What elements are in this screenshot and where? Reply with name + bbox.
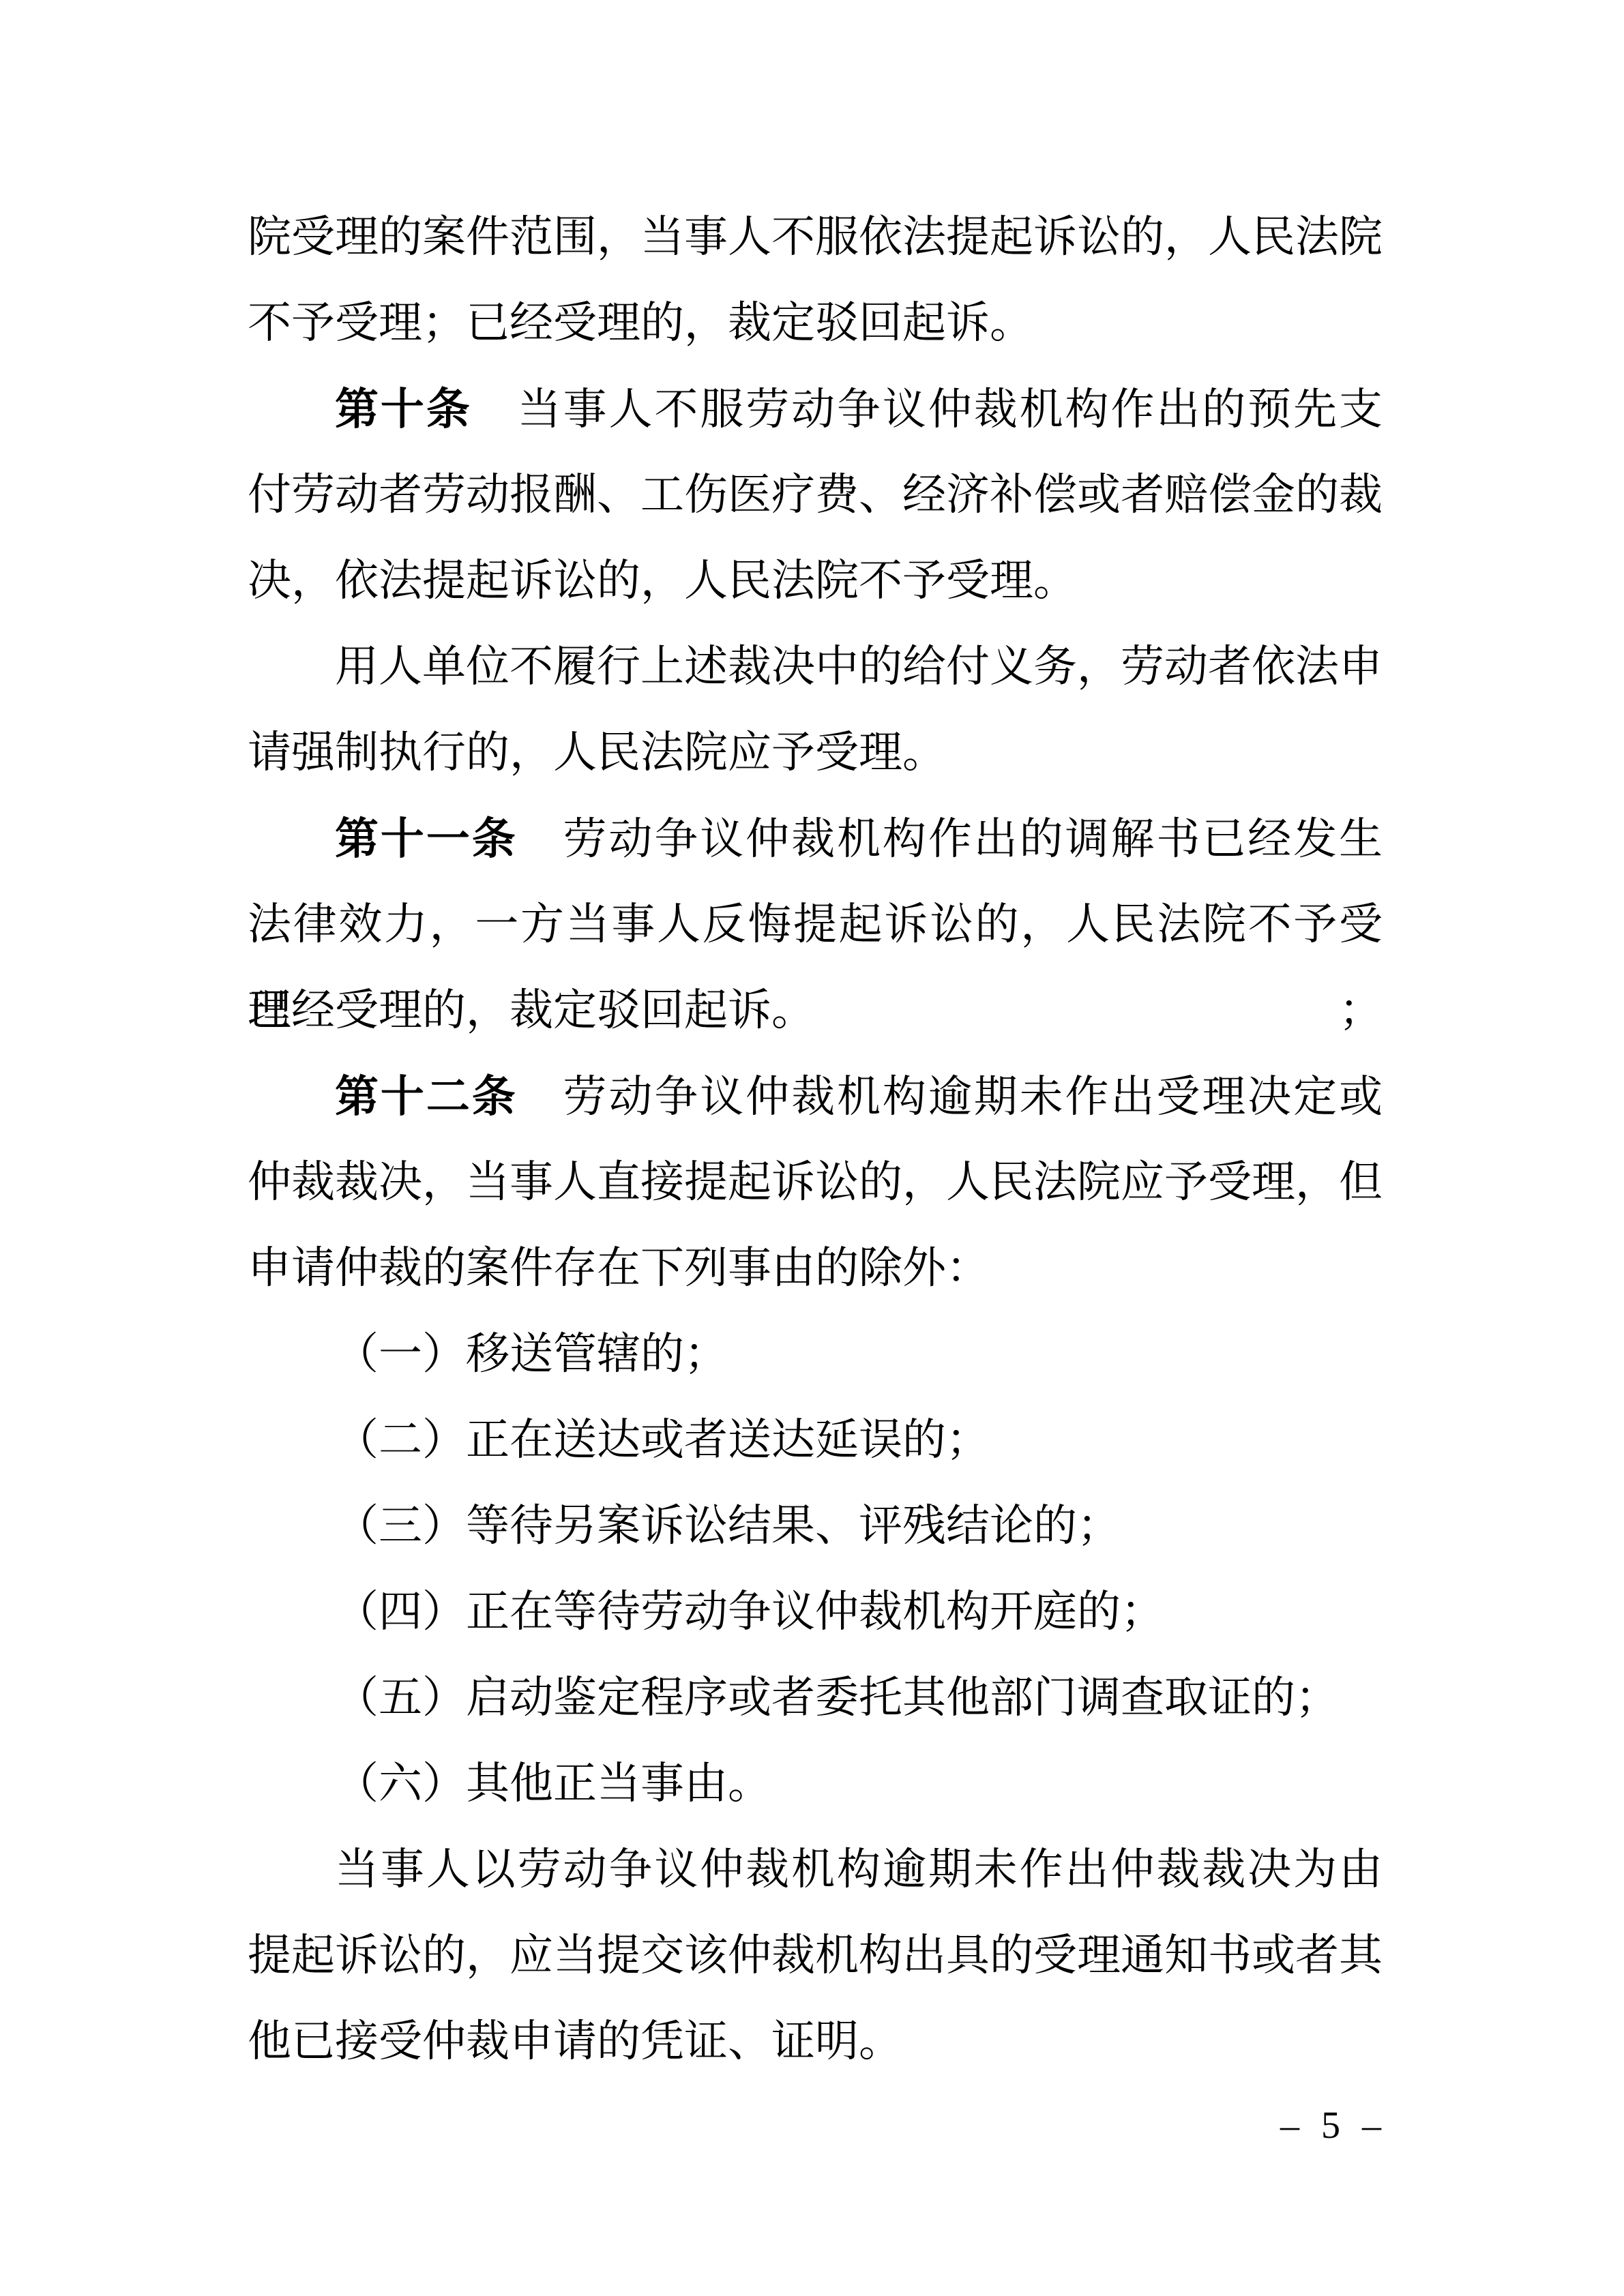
article-number: 第十一条 — [335, 814, 518, 863]
text-line: 申请仲裁的案件存在下列事由的除外： — [248, 1225, 1383, 1311]
text-segment: 已经受理的，裁定驳回起诉。 — [248, 986, 815, 1034]
text-line: （一）移送管辖的； — [248, 1311, 1383, 1397]
text-block: 院受理的案件范围，当事人不服依法提起诉讼的，人民法院不予受理；已经受理的，裁定驳… — [248, 194, 1383, 2085]
text-line: （二）正在送达或者送达延误的； — [248, 1397, 1383, 1483]
document-page: 院受理的案件范围，当事人不服依法提起诉讼的，人民法院不予受理；已经受理的，裁定驳… — [0, 0, 1624, 2296]
text-line: （三）等待另案诉讼结果、评残结论的； — [248, 1483, 1383, 1569]
text-line: 提起诉讼的，应当提交该仲裁机构出具的受理通知书或者其 — [248, 1913, 1383, 1999]
article-number: 第十条 — [335, 385, 472, 434]
text-segment: （五）启动鉴定程序或者委托其他部门调查取证的； — [335, 1673, 1339, 1722]
text-line: 第十条 当事人不服劳动争议仲裁机构作出的预先支 — [248, 366, 1383, 452]
page-number: – 5 – — [1280, 2102, 1383, 2149]
text-segment: 用人单位不履行上述裁决中的给付义务，劳动者依法申 — [335, 642, 1383, 691]
text-segment: 他已接受仲裁申请的凭证、证明。 — [248, 2017, 902, 2066]
text-line: 当事人以劳动争议仲裁机构逾期未作出仲裁裁决为由 — [248, 1827, 1383, 1913]
text-line: 院受理的案件范围，当事人不服依法提起诉讼的，人民法院 — [248, 194, 1383, 280]
text-line: 请强制执行的，人民法院应予受理。 — [248, 710, 1383, 796]
text-segment: 劳动争议仲裁机构作出的调解书已经发生 — [518, 815, 1383, 863]
text-line: （六）其他正当事由。 — [248, 1741, 1383, 1827]
text-segment: 请强制执行的，人民法院应予受理。 — [248, 728, 946, 777]
text-segment: （二）正在送达或者送达延误的； — [335, 1416, 990, 1464]
text-line: 法律效力，一方当事人反悔提起诉讼的，人民法院不予受理； — [248, 882, 1383, 968]
text-segment: （一）移送管辖的； — [335, 1330, 728, 1378]
text-line: 不予受理；已经受理的，裁定驳回起诉。 — [248, 280, 1383, 366]
text-segment: 院受理的案件范围，当事人不服依法提起诉讼的，人民法院 — [248, 213, 1383, 261]
text-line: （四）正在等待劳动争议仲裁机构开庭的； — [248, 1569, 1383, 1655]
text-segment: 当事人以劳动争议仲裁机构逾期未作出仲裁裁决为由 — [335, 1845, 1383, 1894]
text-segment: （三）等待另案诉讼结果、评残结论的； — [335, 1502, 1121, 1550]
text-segment: 当事人不服劳动争议仲裁机构作出的预先支 — [472, 385, 1383, 434]
text-segment: （四）正在等待劳动争议仲裁机构开庭的； — [335, 1587, 1164, 1636]
text-line: 用人单位不履行上述裁决中的给付义务，劳动者依法申 — [248, 624, 1383, 710]
text-line: 仲裁裁决，当事人直接提起诉讼的，人民法院应予受理，但 — [248, 1139, 1383, 1225]
text-segment: 不予受理；已经受理的，裁定驳回起诉。 — [248, 299, 1033, 347]
text-segment: 申请仲裁的案件存在下列事由的除外： — [248, 1244, 990, 1292]
text-segment: 仲裁裁决，当事人直接提起诉讼的，人民法院应予受理，但 — [248, 1158, 1383, 1206]
text-line: 第十一条 劳动争议仲裁机构作出的调解书已经发生 — [248, 796, 1383, 882]
text-line: 第十二条 劳动争议仲裁机构逾期未作出受理决定或 — [248, 1054, 1383, 1139]
text-line: 他已接受仲裁申请的凭证、证明。 — [248, 1999, 1383, 2085]
text-segment: 劳动争议仲裁机构逾期未作出受理决定或 — [518, 1073, 1383, 1121]
text-segment: （六）其他正当事由。 — [335, 1759, 771, 1808]
text-segment: 付劳动者劳动报酬、工伤医疗费、经济补偿或者赔偿金的裁 — [248, 471, 1383, 519]
article-number: 第十二条 — [335, 1072, 518, 1121]
text-segment: 决，依法提起诉讼的，人民法院不予受理。 — [248, 556, 1077, 605]
text-segment: 提起诉讼的，应当提交该仲裁机构出具的受理通知书或者其 — [248, 1931, 1383, 1980]
text-line: 决，依法提起诉讼的，人民法院不予受理。 — [248, 538, 1383, 624]
text-line: （五）启动鉴定程序或者委托其他部门调查取证的； — [248, 1655, 1383, 1741]
text-line: 付劳动者劳动报酬、工伤医疗费、经济补偿或者赔偿金的裁 — [248, 452, 1383, 538]
